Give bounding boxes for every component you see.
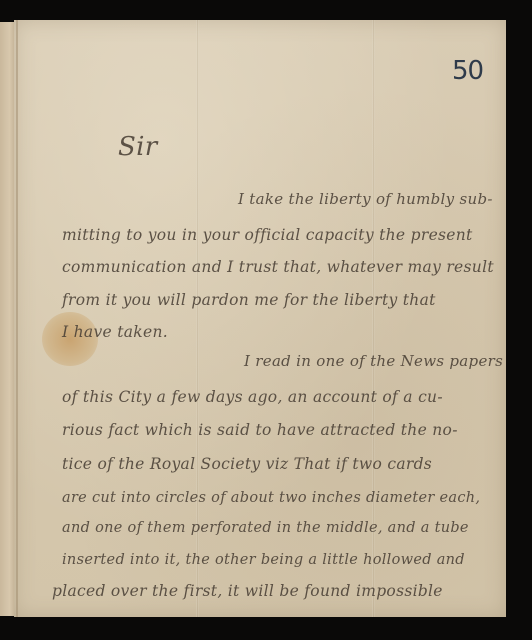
letter-line: are cut into circles of about two inches… xyxy=(62,490,480,506)
letter-line: from it you will pardon me for the liber… xyxy=(62,291,436,309)
page-edge-line xyxy=(16,20,18,617)
letter-line: inserted into it, the other being a litt… xyxy=(62,552,465,568)
salutation: Sir xyxy=(118,132,157,162)
letter-line: I have taken. xyxy=(62,323,168,341)
letter-line: mitting to you in your official capacity… xyxy=(62,226,473,244)
letter-line: I take the liberty of humbly sub- xyxy=(238,190,493,208)
letter-line: of this City a few days ago, an account … xyxy=(62,388,443,406)
letter-line: I read in one of the News papers xyxy=(244,352,503,370)
letter-line: and one of them perforated in the middle… xyxy=(62,520,469,536)
letter-line: rious fact which is said to have attract… xyxy=(62,421,458,439)
letter-line: placed over the first, it will be found … xyxy=(52,582,443,600)
letter-line: communication and I trust that, whatever… xyxy=(62,258,494,276)
folio-number: 50 xyxy=(452,56,483,86)
letter-line: tice of the Royal Society viz That if tw… xyxy=(62,455,432,473)
